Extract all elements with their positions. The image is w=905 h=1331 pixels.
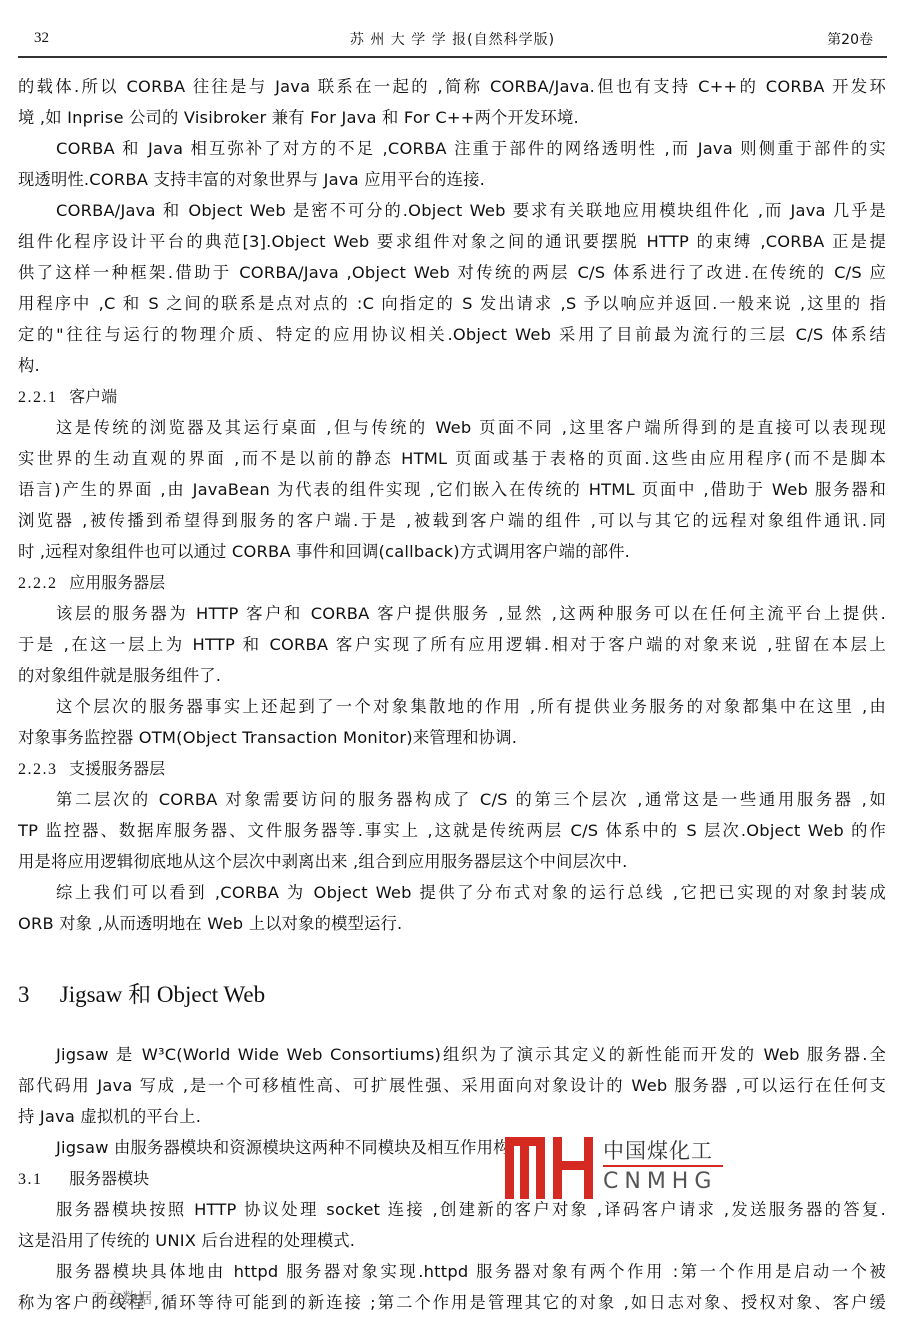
text-line: Jigsaw 是 W³C(World Wide Web Consortiums)…: [18, 1039, 886, 1070]
text-line: 综上我们可以看到 ,CORBA 为 Object Web 提供了分布式对象的运行…: [18, 877, 886, 908]
subsection-number: 3.1: [18, 1164, 64, 1195]
section-3-body: Jigsaw 是 W³C(World Wide Web Consortiums)…: [18, 1039, 886, 1318]
subsection-number: 2.2.1: [18, 382, 64, 413]
text-line: 定的"往往与运行的物理介质、特定的应用协议相关.Object Web 采用了目前…: [18, 319, 886, 350]
text-line: 部代码用 Java 写成 ,是一个可移植性高、可扩展性强、采用面向对象设计的 W…: [18, 1070, 886, 1101]
subsection-heading-2-2-3: 2.2.3 支援服务器层: [18, 753, 886, 784]
section-title: Jigsaw 和 Object Web: [60, 982, 265, 1007]
section-number: 3: [18, 982, 54, 1008]
subsection-heading-3-1: 3.1 服务器模块: [18, 1163, 886, 1194]
text-line: CORBA 和 Java 相互弥补了对方的不足 ,CORBA 注重于部件的网络透…: [18, 133, 886, 164]
section-heading-3: 3 Jigsaw 和 Object Web: [18, 976, 265, 1009]
text-line: 实世界的生动直观的界面 ,而不是以前的静态 HTML 页面或基于表格的页面.这些…: [18, 443, 886, 474]
text-line: 该层的服务器为 HTTP 客户和 CORBA 客户提供服务 ,显然 ,这两种服务…: [18, 598, 886, 629]
subsection-title: 客户端: [69, 387, 117, 406]
text-line: 这是沿用了传统的 UNIX 后台进程的处理模式.: [18, 1225, 886, 1256]
text-line: TP 监控器、数据库服务器、文件服务器等.事实上 ,这就是传统两层 C/S 体系…: [18, 815, 886, 846]
subsection-number: 2.2.3: [18, 754, 64, 785]
volume-label: 第20卷: [827, 29, 873, 49]
text-line: 供了这样一种框架.借助于 CORBA/Java ,Object Web 对传统的…: [18, 257, 886, 288]
text-line: 的载体.所以 CORBA 往往是与 Java 联系在一起的 ,简称 CORBA/…: [18, 71, 886, 102]
text-line: 对象事务监控器 OTM(Object Transaction Monitor)来…: [18, 722, 886, 753]
journal-title: 苏 州 大 学 学 报(自然科学版): [18, 29, 887, 49]
text-line: 第二层次的 CORBA 对象需要访问的服务器构成了 C/S 的第三个层次 ,通常…: [18, 784, 886, 815]
page-header: 32 苏 州 大 学 学 报(自然科学版) 第20卷: [18, 26, 887, 58]
watermark-en-text: CNMHG: [603, 1169, 717, 1194]
text-line: 的对象组件就是服务组件了.: [18, 660, 886, 691]
subsection-title: 应用服务器层: [69, 573, 165, 592]
subsection-heading-2-2-2: 2.2.2 应用服务器层: [18, 567, 886, 598]
text-line: 现透明性.CORBA 支持丰富的对象世界与 Java 应用平台的连接.: [18, 164, 886, 195]
subsection-number: 2.2.2: [18, 568, 64, 599]
text-line: Jigsaw 由服务器模块和资源模块这两种不同模块及相互作用构成.: [18, 1132, 886, 1163]
text-line: 用程序中 ,C 和 S 之间的联系是点对点的 :C 向指定的 S 发出请求 ,S…: [18, 288, 886, 319]
text-line: 于是 ,在这一层上为 HTTP 和 CORBA 客户实现了所有应用逻辑.相对于客…: [18, 629, 886, 660]
text-line: 时 ,远程对象组件也可以通过 CORBA 事件和回调(callback)方式调用…: [18, 536, 886, 567]
text-line: CORBA/Java 和 Object Web 是密不可分的.Object We…: [18, 195, 886, 226]
cnmhg-watermark: 中国煤化工 CNMHG: [505, 1137, 725, 1199]
text-line: 这是传统的浏览器及其运行桌面 ,但与传统的 Web 页面不同 ,这里客户端所得到…: [18, 412, 886, 443]
cnmhg-logo-icon: [505, 1137, 593, 1199]
text-line: 组件化程序设计平台的典范[3].Object Web 要求组件对象之间的通讯要摆…: [18, 226, 886, 257]
text-line: 浏览器 ,被传播到希望得到服务的客户端.于是 ,被载到客户端的组件 ,可以与其它…: [18, 505, 886, 536]
text-line: 境 ,如 Inprise 公司的 Visibroker 兼有 For Java …: [18, 102, 886, 133]
text-line: 服务器模块具体地由 httpd 服务器对象实现.httpd 服务器对象有两个作用…: [18, 1256, 886, 1287]
subsection-title: 支援服务器层: [69, 759, 165, 778]
subsection-heading-2-2-1: 2.2.1 客户端: [18, 381, 886, 412]
wanfang-overlay-text: 万方数据: [92, 1287, 152, 1308]
text-line: ORB 对象 ,从而透明地在 Web 上以对象的模型运行.: [18, 908, 886, 939]
section-2-body: 的载体.所以 CORBA 往往是与 Java 联系在一起的 ,简称 CORBA/…: [18, 71, 886, 939]
watermark-cn-text: 中国煤化工: [603, 1135, 713, 1165]
text-line: 用是将应用逻辑彻底地从这个层次中剥离出来 ,组合到应用服务器层这个中间层次中.: [18, 846, 886, 877]
text-line: 构.: [18, 350, 886, 381]
text-line: 语言)产生的界面 ,由 JavaBean 为代表的组件实现 ,它们嵌入在传统的 …: [18, 474, 886, 505]
text-line: 这个层次的服务器事实上还起到了一个对象集散地的作用 ,所有提供业务服务的对象都集…: [18, 691, 886, 722]
subsection-title: 服务器模块: [69, 1169, 149, 1188]
text-line: 服务器模块按照 HTTP 协议处理 socket 连接 ,创建新的客户对象 ,译…: [18, 1194, 886, 1225]
text-line: 持 Java 虚拟机的平台上.: [18, 1101, 886, 1132]
watermark-divider: [603, 1165, 723, 1167]
